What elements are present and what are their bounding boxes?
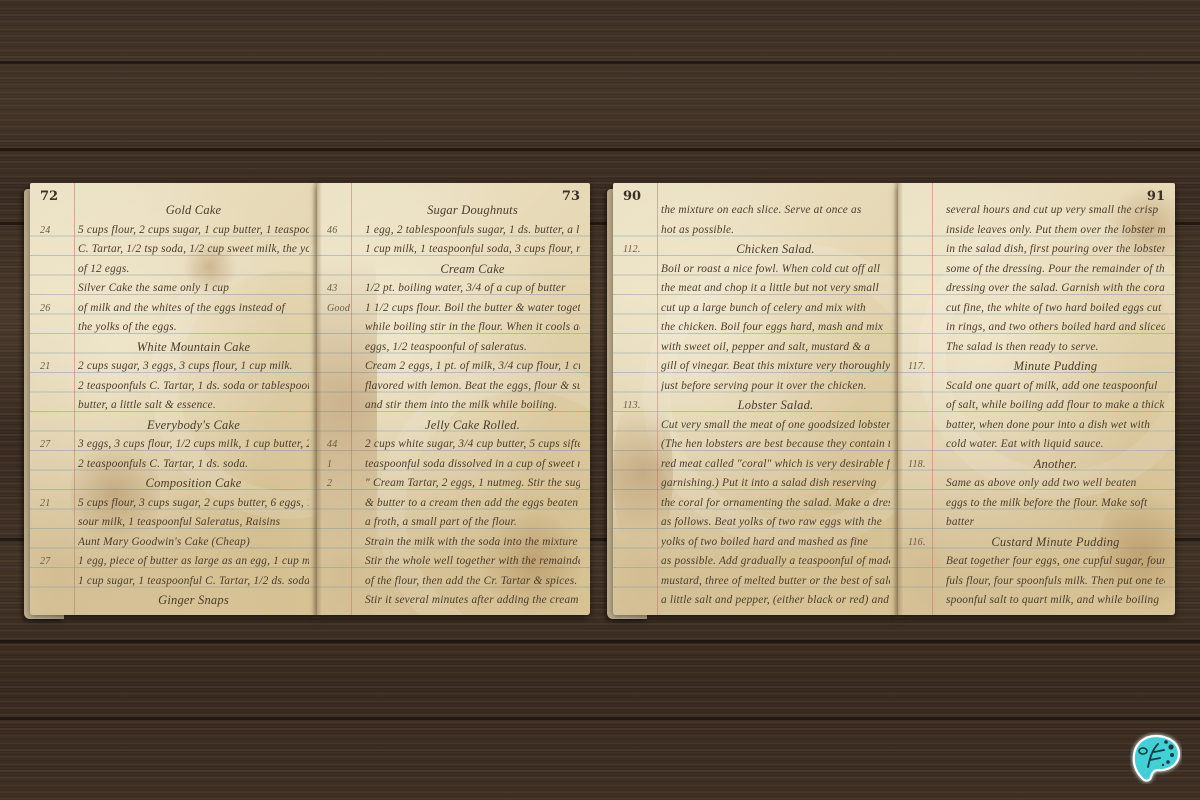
text-line: as possible. Add gradually a teaspoonful… [621, 552, 890, 572]
recipe-number: 117. [906, 357, 946, 377]
text-line: just before serving pour it over the chi… [621, 377, 890, 397]
recipe-number [325, 338, 365, 358]
handwritten-text: 1 1/2 cups flour. Boil the butter & wate… [365, 299, 580, 319]
text-line: 212 cups sugar, 3 eggs, 3 cups flour, 1 … [38, 357, 309, 377]
page-content: several hours and cut up very small the … [906, 201, 1165, 607]
text-line: Good1 1/2 cups flour. Boil the butter & … [325, 299, 580, 319]
recipe-number [325, 591, 365, 611]
handwritten-text: Spread them when hot with jelly & roll t… [365, 611, 580, 616]
text-line: Aunt Mary Goodwin's Cake (Cheap) [38, 533, 309, 553]
handwritten-text: & butter to a cream then add the eggs be… [365, 494, 580, 514]
recipe-number [621, 591, 661, 611]
text-line: of the flour, then add the Cr. Tartar & … [325, 572, 580, 592]
handwritten-text: Boil or roast a nice fowl. When cold cut… [661, 260, 890, 280]
handwritten-text: the chicken. Boil four eggs hard, mash a… [661, 318, 890, 338]
text-line: the chicken. Boil four eggs hard, mash a… [621, 318, 890, 338]
recipe-number [621, 513, 661, 533]
handwritten-text: Another. [946, 455, 1165, 475]
recipe-title-line: Cream Cake [325, 260, 580, 280]
recipe-number [325, 416, 365, 436]
handwritten-text: in rings, and two others boiled hard and… [946, 318, 1165, 338]
recipe-number: 44 [325, 435, 365, 455]
recipe-number: 118. [906, 455, 946, 475]
text-line: Stir the whole well together with the re… [325, 552, 580, 572]
text-line: a froth, a small part of the flour. [325, 513, 580, 533]
page-content: Gold Cake245 cups flour, 2 cups sugar, 1… [38, 201, 309, 607]
recipe-title-line: Jelly Cake Rolled. [325, 416, 580, 436]
handwritten-text: " Cream Tartar, 2 eggs, 1 nutmeg. Stir t… [365, 474, 580, 494]
handwritten-text: eggs to the milk before the flour. Make … [946, 494, 1165, 514]
recipe-number [38, 572, 78, 592]
recipe-number [621, 221, 661, 241]
recipe-number: 43 [325, 279, 365, 299]
recipe-title-line: Everybody's Cake [38, 416, 309, 436]
page-90: 90 the mixture on each slice. Serve at o… [613, 183, 898, 615]
recipe-title-line: Gold Cake [38, 201, 309, 221]
recipe-number [325, 572, 365, 592]
handwritten-text: fuls flour, four spoonfuls milk. Then pu… [946, 572, 1165, 592]
recipe-number [325, 260, 365, 280]
text-line: 245 cups flour, 2 cups sugar, 1 cup butt… [38, 221, 309, 241]
text-line: add the above. Stir quickly and take off… [906, 611, 1165, 616]
handwritten-text: Scald one quart of milk, add one teaspoo… [946, 377, 1165, 397]
recipe-number: 24 [38, 611, 78, 616]
text-line: Scald one quart of milk, add one teaspoo… [906, 377, 1165, 397]
text-line: butter, a little salt & essence. [38, 396, 309, 416]
book-gutter [312, 183, 322, 615]
handwritten-text: 2 teaspoonfuls C. Tartar, 1 ds. soda. [78, 455, 309, 475]
recipe-number [906, 552, 946, 572]
text-line: 215 cups flour, 3 cups sugar, 2 cups but… [38, 494, 309, 514]
page-content: Sugar Doughnuts461 egg, 2 tablespoonfuls… [325, 201, 580, 607]
handwritten-text: Same as above only add two well beaten [946, 474, 1165, 494]
recipe-number [906, 591, 946, 611]
handwritten-text: the meat and chop it a little but not ve… [661, 279, 890, 299]
handwritten-text: yolks of two boiled hard and mashed as f… [661, 533, 890, 553]
recipe-title-line: 118.Another. [906, 455, 1165, 475]
text-line: as follows. Beat yolks of two raw eggs w… [621, 513, 890, 533]
recipe-number [38, 260, 78, 280]
handwritten-text: Cream 2 eggs, 1 pt. of milk, 3/4 cup flo… [365, 357, 580, 377]
recipe-number [906, 435, 946, 455]
text-line: of salt, while boiling add flour to make… [906, 396, 1165, 416]
handwritten-text: 1 cup sugar, 1 teaspoonful C. Tartar, 1/… [78, 572, 309, 592]
text-line: & butter to a cream then add the eggs be… [325, 494, 580, 514]
recipe-number [621, 201, 661, 221]
recipe-number [906, 260, 946, 280]
recipe-number [325, 513, 365, 533]
text-line: The salad is then ready to serve. [906, 338, 1165, 358]
recipe-number [38, 591, 78, 611]
handwritten-text: Silver Cake the same only 1 cup [78, 279, 309, 299]
text-line: Strain the milk with the soda into the m… [325, 533, 580, 553]
handwritten-text: 1 egg, 2 tablespoonfuls sugar, 1 ds. but… [365, 221, 580, 241]
handwritten-text: the mixture on each slice. Serve at once… [661, 201, 890, 221]
text-line: 442 cups white sugar, 3/4 cup butter, 5 … [325, 435, 580, 455]
handwritten-text: as follows. Beat yolks of two raw eggs w… [661, 513, 890, 533]
text-line: sour milk, 1 teaspoonful Saleratus, Rais… [38, 513, 309, 533]
recipe-number [325, 201, 365, 221]
recipe-number [906, 201, 946, 221]
handwritten-text: of salt, while boiling add flour to make… [946, 396, 1165, 416]
text-line: 461 egg, 2 tablespoonfuls sugar, 1 ds. b… [325, 221, 580, 241]
recipe-number [621, 474, 661, 494]
recipe-number [621, 279, 661, 299]
recipe-number [38, 377, 78, 397]
handwritten-text: The salad is then ready to serve. [946, 338, 1165, 358]
text-line: vinegar to your taste. Beat the mixture … [621, 611, 890, 616]
handwritten-text: in the salad dish, first pouring over th… [946, 240, 1165, 260]
handwritten-text: batter, when done pour into a dish wet w… [946, 416, 1165, 436]
text-line: yolks of two boiled hard and mashed as f… [621, 533, 890, 553]
recipe-number [906, 494, 946, 514]
recipe-title-line: Sugar Doughnuts [325, 201, 580, 221]
recipe-number [621, 435, 661, 455]
recipe-number: 26 [38, 299, 78, 319]
handwritten-text: Sugar Doughnuts [365, 201, 580, 221]
notebook-right: 90 the mixture on each slice. Serve at o… [613, 183, 1175, 615]
handwritten-text: Stir it several minutes after adding the… [365, 591, 580, 611]
recipe-number [621, 416, 661, 436]
recipe-number: 112. [621, 240, 661, 260]
handwritten-text: as possible. Add gradually a teaspoonful… [661, 552, 890, 572]
text-line: red meat called "coral" which is very de… [621, 455, 890, 475]
text-line: hot as possible. [621, 221, 890, 241]
recipe-number [38, 416, 78, 436]
handwritten-text: 1 egg, piece of butter as large as an eg… [78, 552, 309, 572]
text-line: garnishing.) Put it into a salad dish re… [621, 474, 890, 494]
handwritten-text: sour milk, 1 teaspoonful Saleratus, Rais… [78, 513, 309, 533]
recipe-number [38, 279, 78, 299]
page-73: 73 Sugar Doughnuts461 egg, 2 tablespoonf… [317, 183, 590, 615]
recipe-number [906, 611, 946, 616]
text-line: 2 teaspoonfuls C. Tartar, 1 ds. soda or … [38, 377, 309, 397]
recipe-number [325, 552, 365, 572]
text-line: in rings, and two others boiled hard and… [906, 318, 1165, 338]
text-line: (The hen lobsters are best because they … [621, 435, 890, 455]
recipe-number: 113. [621, 396, 661, 416]
recipe-number [621, 533, 661, 553]
plank-gap [0, 640, 1200, 643]
recipe-number [906, 572, 946, 592]
recipe-number [325, 533, 365, 553]
recipe-number [621, 611, 661, 616]
recipe-number [621, 318, 661, 338]
handwritten-text: eggs, 1/2 teaspoonful of saleratus. [365, 338, 580, 358]
recipe-number [38, 396, 78, 416]
recipe-number [38, 240, 78, 260]
text-line: the coral for ornamenting the salad. Mak… [621, 494, 890, 514]
text-line: cold water. Eat with liquid sauce. [906, 435, 1165, 455]
handwritten-text: teaspoonful soda dissolved in a cup of s… [365, 455, 580, 475]
handwritten-text: a little salt and pepper, (either black … [661, 591, 890, 611]
handwritten-text: mustard, three of melted butter or the b… [661, 572, 890, 592]
text-line: 2 teaspoonfuls C. Tartar, 1 ds. soda. [38, 455, 309, 475]
handwritten-text: C. Tartar, 1/2 tsp soda, 1/2 cup sweet m… [78, 240, 309, 260]
text-line: batter [906, 513, 1165, 533]
recipe-number [906, 299, 946, 319]
recipe-number [621, 572, 661, 592]
handwritten-text: the coral for ornamenting the salad. Mak… [661, 494, 890, 514]
text-line: with sweet oil, pepper and salt, mustard… [621, 338, 890, 358]
recipe-number [621, 377, 661, 397]
handwritten-text: Stir the whole well together with the re… [365, 552, 580, 572]
text-line: 273 eggs, 3 cups flour, 1/2 cups milk, 1… [38, 435, 309, 455]
recipe-number [906, 338, 946, 358]
recipe-number: 27 [38, 552, 78, 572]
recipe-number [621, 260, 661, 280]
recipe-number [906, 474, 946, 494]
text-line: C. Tartar, 1/2 tsp soda, 1/2 cup sweet m… [38, 240, 309, 260]
recipe-title-line: White Mountain Cake [38, 338, 309, 358]
handwritten-text: Chicken Salad. [661, 240, 890, 260]
text-line: the mixture on each slice. Serve at once… [621, 201, 890, 221]
handwritten-text: Aunt Mary Goodwin's Cake (Cheap) [78, 533, 309, 553]
recipe-number: 1 [325, 455, 365, 475]
recipe-number [38, 513, 78, 533]
handwritten-text: Beat together four eggs, one cupful suga… [946, 552, 1165, 572]
page-72: 72 Gold Cake245 cups flour, 2 cups sugar… [30, 183, 317, 615]
text-line: 2" Cream Tartar, 2 eggs, 1 nutmeg. Stir … [325, 474, 580, 494]
handwritten-text: Composition Cake [78, 474, 309, 494]
recipe-number: Good [325, 299, 365, 319]
handwritten-text: Minute Pudding [946, 357, 1165, 377]
recipe-number [325, 240, 365, 260]
recipe-number [621, 552, 661, 572]
handwritten-text: gill of vinegar. Beat this mixture very … [661, 357, 890, 377]
text-line: flavored with lemon. Beat the eggs, flou… [325, 377, 580, 397]
text-line: dressing over the salad. Garnish with th… [906, 279, 1165, 299]
text-line: 431/2 pt. boiling water, 3/4 of a cup of… [325, 279, 580, 299]
text-line: Cut very small the meat of one goodsized… [621, 416, 890, 436]
handwritten-text: Lobster Salad. [661, 396, 890, 416]
handwritten-text: cold water. Eat with liquid sauce. [946, 435, 1165, 455]
handwritten-text: some of the dressing. Pour the remainder… [946, 260, 1165, 280]
page-content: the mixture on each slice. Serve at once… [621, 201, 890, 607]
recipe-number [621, 357, 661, 377]
handwritten-text: add the above. Stir quickly and take off… [946, 611, 1165, 616]
recipe-title-line: 117.Minute Pudding [906, 357, 1165, 377]
handwritten-text: Custard Minute Pudding [946, 533, 1165, 553]
text-line: the yolks of the eggs. [38, 318, 309, 338]
recipe-number: 116. [906, 533, 946, 553]
plank-gap [0, 61, 1200, 64]
text-line: 241 pt. molasses scalded, 1/2 cup melted… [38, 611, 309, 616]
text-line: and stir them into the milk while boilin… [325, 396, 580, 416]
recipe-number: 24 [38, 221, 78, 241]
handwritten-text: Cut very small the meat of one goodsized… [661, 416, 890, 436]
recipe-title-line: Ginger Snaps [38, 591, 309, 611]
handwritten-text: Everybody's Cake [78, 416, 309, 436]
handwritten-text: Cream Cake [365, 260, 580, 280]
text-line: 1teaspoonful soda dissolved in a cup of … [325, 455, 580, 475]
handwritten-text: the yolks of the eggs. [78, 318, 309, 338]
recipe-number [38, 474, 78, 494]
handwritten-text: cut fine, the white of two hard boiled e… [946, 299, 1165, 319]
handwritten-text: Ginger Snaps [78, 591, 309, 611]
handwritten-text: 2 cups sugar, 3 eggs, 3 cups flour, 1 cu… [78, 357, 309, 377]
recipe-number [325, 318, 365, 338]
handwritten-text: 1 cup milk, 1 teaspoonful soda, 3 cups f… [365, 240, 580, 260]
text-line: batter, when done pour into a dish wet w… [906, 416, 1165, 436]
recipe-number: 21 [38, 494, 78, 514]
text-line: gill of vinegar. Beat this mixture very … [621, 357, 890, 377]
recipe-number [906, 377, 946, 397]
handwritten-text: spoonful salt to quart milk, and while b… [946, 591, 1165, 611]
page-91: 91 several hours and cut up very small t… [898, 183, 1175, 615]
book-gutter [893, 183, 903, 615]
handwritten-text: several hours and cut up very small the … [946, 201, 1165, 221]
handwritten-text: of the flour, then add the Cr. Tartar & … [365, 572, 580, 592]
recipe-number [906, 416, 946, 436]
handwritten-text: garnishing.) Put it into a salad dish re… [661, 474, 890, 494]
handwritten-text: Gold Cake [78, 201, 309, 221]
text-line: cut up a large bunch of celery and mix w… [621, 299, 890, 319]
recipe-title-line: 112.Chicken Salad. [621, 240, 890, 260]
text-line: while boiling stir in the flour. When it… [325, 318, 580, 338]
handwritten-text: just before serving pour it over the chi… [661, 377, 890, 397]
text-line: Boil or roast a nice fowl. When cold cut… [621, 260, 890, 280]
text-line: spoonful salt to quart milk, and while b… [906, 591, 1165, 611]
handwritten-text: 5 cups flour, 3 cups sugar, 2 cups butte… [78, 494, 309, 514]
handwritten-text: 1/2 pt. boiling water, 3/4 of a cup of b… [365, 279, 580, 299]
plank-gap [0, 148, 1200, 151]
text-line: the meat and chop it a little but not ve… [621, 279, 890, 299]
handwritten-text: with sweet oil, pepper and salt, mustard… [661, 338, 890, 358]
handwritten-text: 5 cups flour, 2 cups sugar, 1 cup butter… [78, 221, 309, 241]
recipe-number [38, 318, 78, 338]
handwritten-text: batter [946, 513, 1165, 533]
recipe-title-line: 113.Lobster Salad. [621, 396, 890, 416]
handwritten-text: inside leaves only. Put them over the lo… [946, 221, 1165, 241]
palette-icon [1130, 732, 1182, 784]
text-line: Silver Cake the same only 1 cup [38, 279, 309, 299]
recipe-number [325, 396, 365, 416]
recipe-number [621, 338, 661, 358]
handwritten-text: butter, a little salt & essence. [78, 396, 309, 416]
text-line: Same as above only add two well beaten [906, 474, 1165, 494]
handwritten-text: vinegar to your taste. Beat the mixture … [661, 611, 890, 616]
handwritten-text: hot as possible. [661, 221, 890, 241]
notebook-left: 72 Gold Cake245 cups flour, 2 cups sugar… [30, 183, 590, 615]
text-line: some of the dressing. Pour the remainder… [906, 260, 1165, 280]
recipe-number [906, 240, 946, 260]
plank-gap [0, 717, 1200, 720]
text-line: 1 cup milk, 1 teaspoonful soda, 3 cups f… [325, 240, 580, 260]
recipe-number [906, 221, 946, 241]
text-line: a little salt and pepper, (either black … [621, 591, 890, 611]
text-line: of 12 eggs. [38, 260, 309, 280]
handwritten-text: of milk and the whites of the eggs inste… [78, 299, 309, 319]
handwritten-text: Strain the milk with the soda into the m… [365, 533, 580, 553]
recipe-number [325, 377, 365, 397]
recipe-number [906, 513, 946, 533]
text-line: Beat together four eggs, one cupful suga… [906, 552, 1165, 572]
recipe-title-line: Composition Cake [38, 474, 309, 494]
recipe-number [325, 611, 365, 616]
handwritten-text: of 12 eggs. [78, 260, 309, 280]
recipe-number [621, 299, 661, 319]
recipe-number [621, 494, 661, 514]
recipe-number [38, 533, 78, 553]
recipe-number [621, 455, 661, 475]
handwritten-text: 2 teaspoonfuls C. Tartar, 1 ds. soda or … [78, 377, 309, 397]
handwritten-text: 3 eggs, 3 cups flour, 1/2 cups milk, 1 c… [78, 435, 309, 455]
recipe-number [38, 338, 78, 358]
text-line: in the salad dish, first pouring over th… [906, 240, 1165, 260]
text-line: eggs, 1/2 teaspoonful of saleratus. [325, 338, 580, 358]
handwritten-text: a froth, a small part of the flour. [365, 513, 580, 533]
handwritten-text: 2 cups white sugar, 3/4 cup butter, 5 cu… [365, 435, 580, 455]
recipe-number: 2 [325, 474, 365, 494]
recipe-number: 46 [325, 221, 365, 241]
handwritten-text: (The hen lobsters are best because they … [661, 435, 890, 455]
text-line: Cream 2 eggs, 1 pt. of milk, 3/4 cup flo… [325, 357, 580, 377]
recipe-number: 21 [38, 357, 78, 377]
text-line: fuls flour, four spoonfuls milk. Then pu… [906, 572, 1165, 592]
recipe-number [325, 357, 365, 377]
text-line: several hours and cut up very small the … [906, 201, 1165, 221]
handwritten-text: White Mountain Cake [78, 338, 309, 358]
text-line: Spread them when hot with jelly & roll t… [325, 611, 580, 616]
handwritten-text: 1 pt. molasses scalded, 1/2 cup melted b… [78, 611, 309, 616]
text-line: 26of milk and the whites of the eggs ins… [38, 299, 309, 319]
recipe-number [906, 279, 946, 299]
recipe-number [38, 455, 78, 475]
handwritten-text: and stir them into the milk while boilin… [365, 396, 580, 416]
handwritten-text: red meat called "coral" which is very de… [661, 455, 890, 475]
text-line: cut fine, the white of two hard boiled e… [906, 299, 1165, 319]
recipe-title-line: 116.Custard Minute Pudding [906, 533, 1165, 553]
text-line: 1 cup sugar, 1 teaspoonful C. Tartar, 1/… [38, 572, 309, 592]
recipe-number: 27 [38, 435, 78, 455]
recipe-number [906, 396, 946, 416]
text-line: Stir it several minutes after adding the… [325, 591, 580, 611]
text-line: mustard, three of melted butter or the b… [621, 572, 890, 592]
recipe-number [38, 201, 78, 221]
handwritten-text: flavored with lemon. Beat the eggs, flou… [365, 377, 580, 397]
text-line: inside leaves only. Put them over the lo… [906, 221, 1165, 241]
handwritten-text: dressing over the salad. Garnish with th… [946, 279, 1165, 299]
recipe-number [906, 318, 946, 338]
text-line: eggs to the milk before the flour. Make … [906, 494, 1165, 514]
handwritten-text: cut up a large bunch of celery and mix w… [661, 299, 890, 319]
text-line: 271 egg, piece of butter as large as an … [38, 552, 309, 572]
handwritten-text: Jelly Cake Rolled. [365, 416, 580, 436]
handwritten-text: while boiling stir in the flour. When it… [365, 318, 580, 338]
recipe-number [325, 494, 365, 514]
